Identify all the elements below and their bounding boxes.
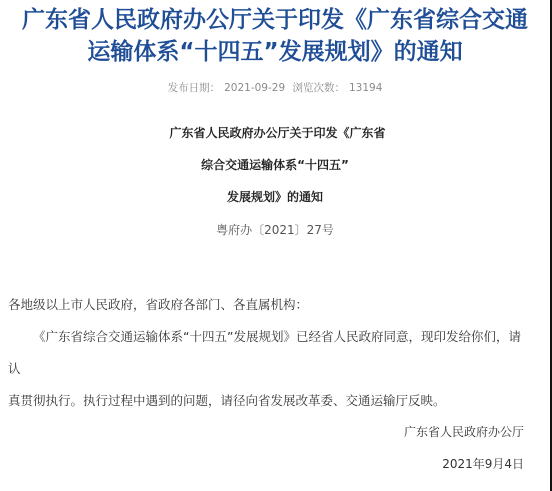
salutation: 各地级以上市人民政府，省政府各部门、各直属机构： [8, 289, 528, 321]
doc-title-line-3: 发展规划》的通知 [0, 181, 550, 213]
doc-title-line-2: 综合交通运输体系“十四五” [0, 149, 550, 181]
title-line-1: 广东省人民政府办公厅关于印发《广东省综合交通 [0, 4, 550, 36]
document-number: 粤府办〔2021〕27号 [0, 221, 550, 238]
document-heading: 广东省人民政府办公厅关于印发《广东省 综合交通运输体系“十四五” 发展规划》的通… [0, 117, 550, 213]
sign-date: 2021年9月4日 [404, 448, 524, 480]
publish-date-label: 发布日期： [168, 82, 221, 94]
signature-block: 广东省人民政府办公厅 2021年9月4日 [404, 416, 524, 480]
article-title: 广东省人民政府办公厅关于印发《广东省综合交通 运输体系“十四五”发展规划》的通知 [0, 4, 550, 68]
article-meta: 发布日期：2021-09-29 浏览次数：13194 [0, 80, 550, 95]
views-label: 浏览次数： [292, 82, 345, 94]
paragraph-1-line-2: 真贯彻执行。执行过程中遇到的问题，请径向省发展改革委、交通运输厅反映。 [8, 385, 528, 417]
doc-title-line-1: 广东省人民政府办公厅关于印发《广东省 [0, 117, 550, 149]
document-body: 各地级以上市人民政府，省政府各部门、各直属机构： 《广东省综合交通运输体系“十四… [8, 289, 528, 417]
paragraph-1-line-1: 《广东省综合交通运输体系“十四五”发展规划》已经省人民政府同意，现印发给你们，请… [8, 321, 528, 385]
signature: 广东省人民政府办公厅 [404, 416, 524, 448]
views-count: 13194 [349, 82, 382, 94]
publish-date: 2021-09-29 [224, 82, 285, 94]
title-line-2: 运输体系“十四五”发展规划》的通知 [0, 36, 550, 68]
